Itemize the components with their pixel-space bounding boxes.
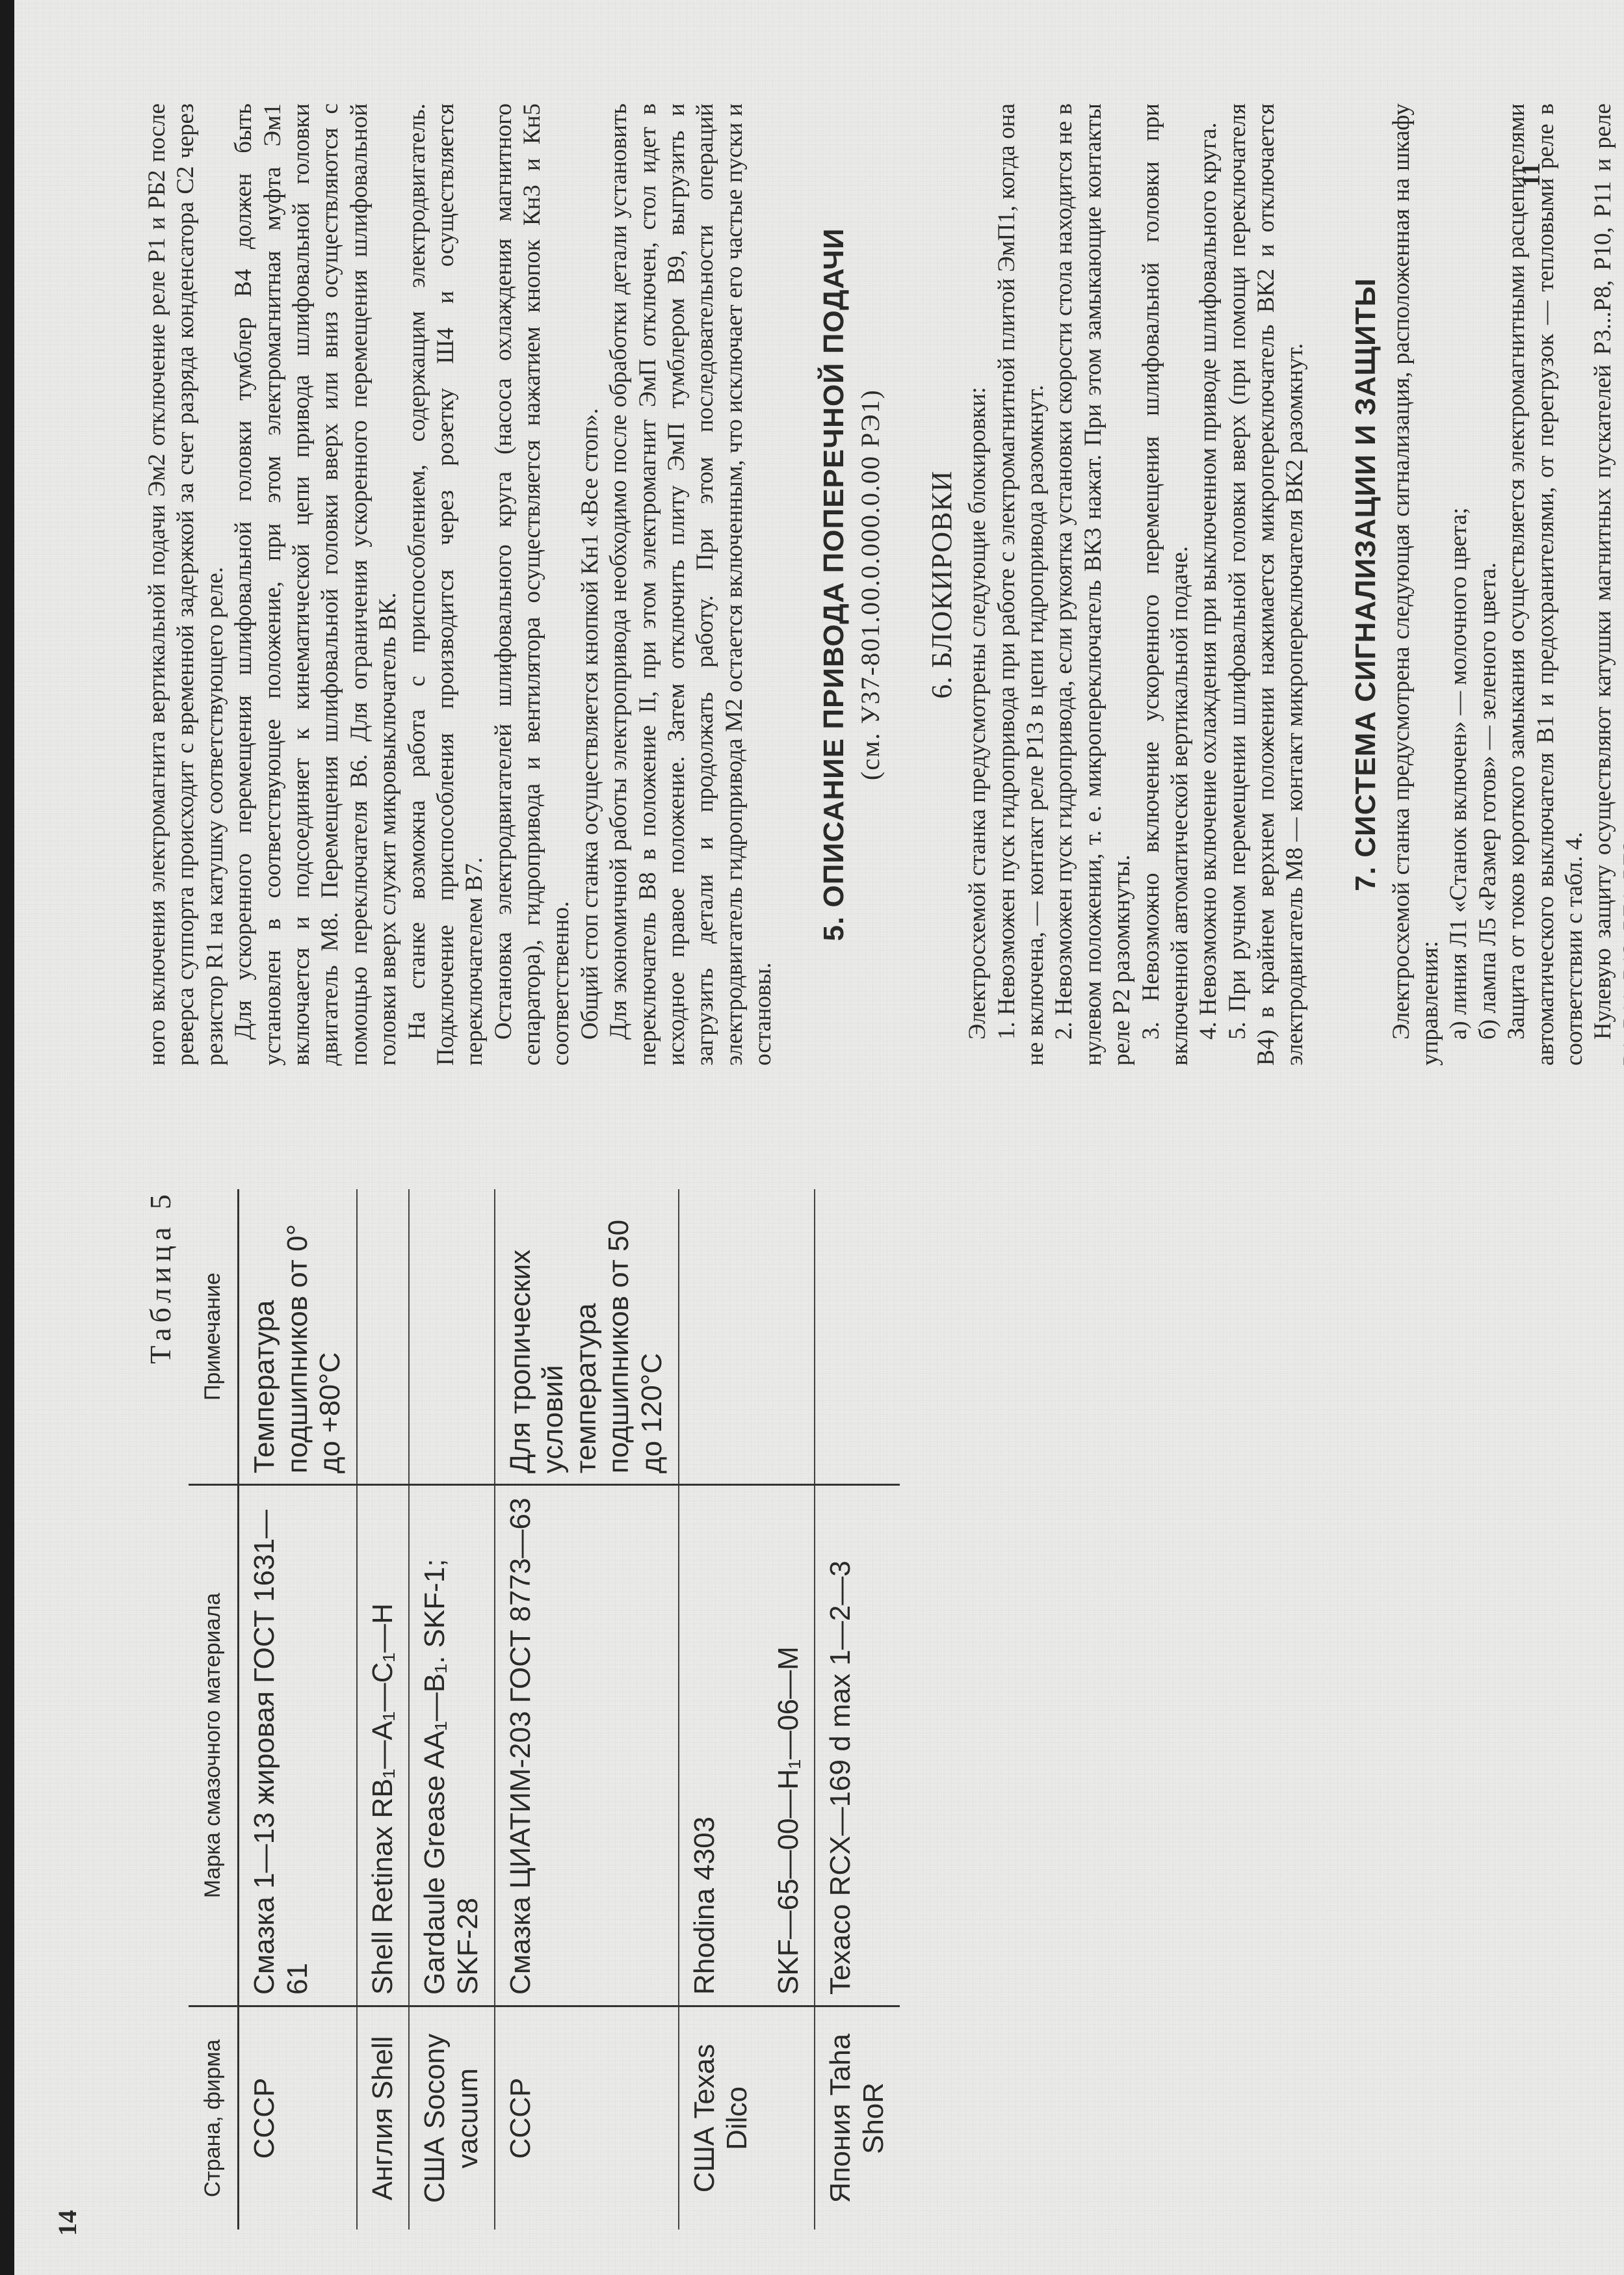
cell-material: Rhodina 4303 xyxy=(679,1485,763,2006)
cell-note xyxy=(815,1189,899,1485)
cell-country: США Texas Dilco xyxy=(679,2006,763,2229)
paragraph: Для ускоренного перемещения шлифовальной… xyxy=(229,103,402,1066)
paragraph: Для экономичной работы электропривода не… xyxy=(605,103,778,1066)
section-6-intro: Электросхемой станка предусмотрены следу… xyxy=(963,103,992,1066)
cell-country: СССР xyxy=(239,2006,357,2229)
book-spread: 14 Таблица 5 Страна, фирма Марка смазочн… xyxy=(0,0,1624,2275)
cell-material: Gardaule Grease AA₁—B₁. SKF-1; SKF-28 xyxy=(409,1485,494,2006)
page-number-left: 14 xyxy=(52,2210,83,2236)
table-row: США Socony vacuumGardaule Grease AA₁—B₁.… xyxy=(409,1189,494,2229)
cell-material: Смазка 1—13 жировая ГОСТ 1631—61 xyxy=(239,1485,357,2006)
header-country: Страна, фирма xyxy=(189,2006,239,2229)
table-row: Япония Taha ShoRTexaco RCX—169 d max 1—2… xyxy=(815,1189,899,2229)
signal-list: а) линия Л1 «Станок включен» — молочного… xyxy=(1445,103,1502,1066)
blocking-item: 5. При ручном перемещении шлифовальной г… xyxy=(1224,103,1310,1066)
cell-country: СССР xyxy=(495,2006,679,2229)
blocking-item: 4. Невозможно включение охлаждения при в… xyxy=(1194,103,1223,1066)
section-6-items: 1. Невозможен пуск гидропривода при рабо… xyxy=(993,103,1310,1066)
section-7-paragraphs: Защита от токов короткого замыкания осущ… xyxy=(1502,103,1624,1066)
cell-note xyxy=(763,1189,815,1485)
table-body: СССРСмазка 1—13 жировая ГОСТ 1631—61Темп… xyxy=(239,1189,900,2229)
paragraph: Нулевую защиту осуществляют катушки магн… xyxy=(1589,103,1624,1066)
table-row: SKF—65—00—H₁—06—M xyxy=(763,1189,815,2229)
blocking-item: 2. Невозможен пуск гидропривода, если ру… xyxy=(1050,103,1136,1066)
table-title: Таблица 5 xyxy=(143,1189,177,1364)
cell-note: Для тропических условий температура подш… xyxy=(495,1189,679,1485)
lubricants-table: Страна, фирма Марка смазочного материала… xyxy=(189,1189,900,2229)
section-7-title: 7. СИСТЕМА СИГНАЛИЗАЦИИ И ЗАЩИТЫ xyxy=(1349,103,1383,1066)
cell-material: SKF—65—00—H₁—06—M xyxy=(763,1485,815,2006)
list-item: а) линия Л1 «Станок включен» — молочного… xyxy=(1445,103,1473,1040)
table-row: США Texas DilcoRhodina 4303 xyxy=(679,1189,763,2229)
table-row: СССРСмазка 1—13 жировая ГОСТ 1631—61Темп… xyxy=(239,1189,357,2229)
blocking-item: 1. Невозможен пуск гидропривода при рабо… xyxy=(993,103,1051,1066)
paragraph: Общий стоп станка осуществляется кнопкой… xyxy=(576,103,605,1066)
left-page: 14 Таблица 5 Страна, фирма Марка смазочн… xyxy=(0,1137,1624,2275)
section-4-tail: ного включения электромагнита вертикальн… xyxy=(143,103,778,1066)
cell-note xyxy=(409,1189,494,1485)
header-note: Примечание xyxy=(189,1189,239,1485)
list-item: б) лампа Л5 «Размер готов» — зеленого цв… xyxy=(1474,103,1502,1040)
cell-material: Смазка ЦИАТИМ-203 ГОСТ 8773—63 xyxy=(495,1485,679,2006)
header-material: Марка смазочного материала xyxy=(189,1485,239,2006)
table-row: Англия ShellShell Retinax RB₁—A₁—C₁—H xyxy=(357,1189,410,2229)
right-page: ного включения электромагнита вертикальн… xyxy=(0,0,1624,1137)
section-5-reference: (см. У37-801.00.0.000.0.00 РЭ1) xyxy=(855,103,886,1066)
cell-material: Shell Retinax RB₁—A₁—C₁—H xyxy=(357,1485,410,2006)
cell-country xyxy=(763,2006,815,2229)
page-number-right: 11 xyxy=(1515,163,1546,187)
section-6-title: 6. БЛОКИРОВКИ xyxy=(925,103,960,1066)
paragraph: Остановка электродвигателей шлифовальног… xyxy=(490,103,576,1066)
cell-country: США Socony vacuum xyxy=(409,2006,494,2229)
cell-material: Texaco RCX—169 d max 1—2—3 xyxy=(815,1485,899,2006)
paragraph: На станке возможна работа с приспособлен… xyxy=(403,103,490,1066)
section-5-title: 5. ОПИСАНИЕ ПРИВОДА ПОПЕРЕЧНОЙ ПОДАЧИ xyxy=(817,103,852,1066)
cell-country: Англия Shell xyxy=(357,2006,410,2229)
cell-note: Температура подшипников от 0° до +80°С xyxy=(239,1189,357,1485)
cell-note xyxy=(679,1189,763,1485)
section-7-intro: Электросхемой станка предусмотрена следу… xyxy=(1387,103,1445,1066)
cell-country: Япония Taha ShoR xyxy=(815,2006,899,2229)
table-row: СССРСмазка ЦИАТИМ-203 ГОСТ 8773—63Для тр… xyxy=(495,1189,679,2229)
paragraph: Защита от токов короткого замыкания осущ… xyxy=(1502,103,1589,1066)
paragraph: ного включения электромагнита вертикальн… xyxy=(143,103,229,1066)
body-text: ного включения электромагнита вертикальн… xyxy=(143,103,1624,1066)
blocking-item: 3. Невозможно включение ускоренного пере… xyxy=(1137,103,1195,1066)
cell-note xyxy=(357,1189,410,1485)
table-header-row: Страна, фирма Марка смазочного материала… xyxy=(189,1189,239,2229)
